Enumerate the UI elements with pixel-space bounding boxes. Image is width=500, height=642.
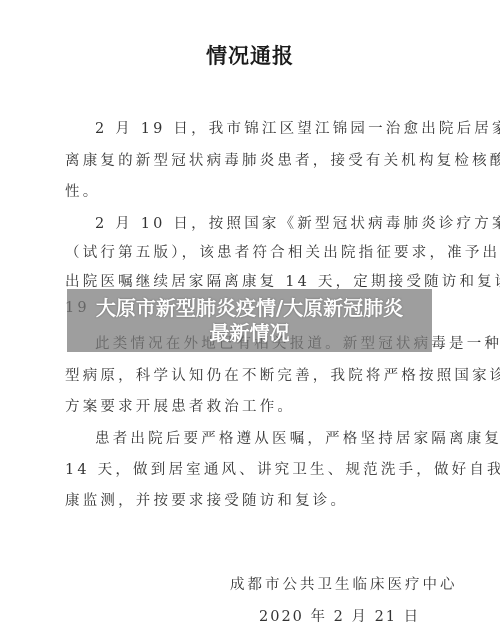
paragraph-2-line-1: 2 月 10 日，按照国家《新型冠状病毒肺炎诊疗方案》 xyxy=(95,212,500,233)
paragraph-2-line-2: （试行第五版），该患者符合相关出院指征要求，准予出院， xyxy=(65,241,500,262)
paragraph-3-line-3: 方案要求开展患者救治工作。 xyxy=(65,395,295,416)
headline-overlay: 大原市新型肺炎疫情/大原新冠肺炎 最新情况 xyxy=(67,289,432,352)
paragraph-2-line-3: 出院医嘱继续居家隔离康复 14 天，定期接受随访和复诊。 xyxy=(65,270,500,291)
paragraph-4-line-2: 14 天，做到居室通风、讲究卫生、规范洗手，做好自我健 xyxy=(65,458,500,479)
paragraph-1-line-2: 离康复的新型冠状病毒肺炎患者，接受有关机构复检核酸阳 xyxy=(65,149,500,170)
paragraph-4-line-1: 患者出院后要严格遵从医嘱，严格坚持居家隔离康复 xyxy=(95,427,500,448)
paragraph-1-line-3: 性。 xyxy=(65,180,100,201)
signature-date: 2020 年 2 月 21 日 xyxy=(259,605,420,626)
paragraph-4-line-3: 康监测，并按要求接受随访和复诊。 xyxy=(65,489,348,510)
document-title: 情况通报 xyxy=(0,40,500,70)
headline-line-2: 最新情况 xyxy=(210,321,290,346)
signature-organization: 成都市公共卫生临床医疗中心 xyxy=(230,573,458,594)
paragraph-1-line-1: 2 月 19 日，我市锦江区望江锦园一治愈出院后居家隔 xyxy=(95,117,500,138)
headline-line-1: 大原市新型肺炎疫情/大原新冠肺炎 xyxy=(96,296,403,321)
paragraph-3-line-2: 型病原，科学认知仍在不断完善，我院将严格按照国家诊疗 xyxy=(65,364,500,385)
